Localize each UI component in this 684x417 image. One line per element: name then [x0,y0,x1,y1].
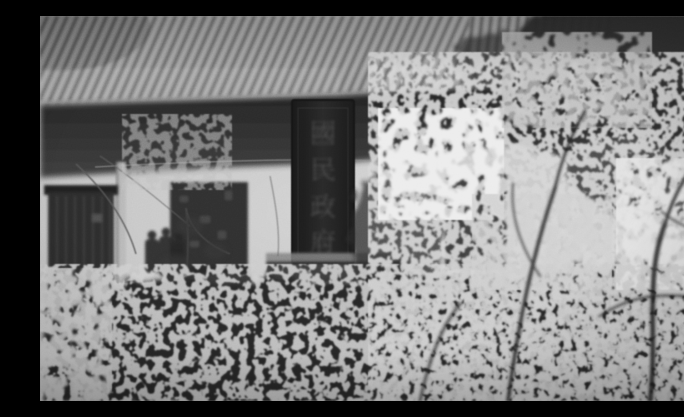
photo-scene: 國 民 政 府 [40,16,684,401]
archival-photo: 國 民 政 府 [40,16,684,401]
plaque-character: 民 [310,156,336,186]
name-plaque: 國 民 政 府 [292,100,354,263]
plaque-character: 政 [310,193,336,223]
